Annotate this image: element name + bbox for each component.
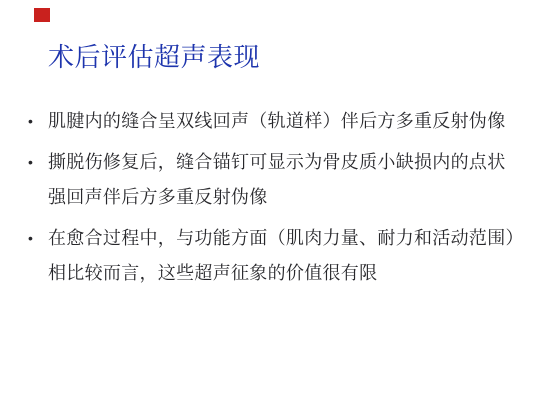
bullet-text: 肌腱内的缝合呈双线回声（轨道样）伴后方多重反射伪像 — [48, 104, 533, 139]
slide: 术后评估超声表现 • 肌腱内的缝合呈双线回声（轨道样）伴后方多重反射伪像 • 撕… — [0, 0, 540, 400]
bullet-text: 撕脱伤修复后，缝合锚钉可显示为骨皮质小缺损内的点状 强回声伴后方多重反射伪像 — [48, 145, 533, 215]
bullet-item: • 肌腱内的缝合呈双线回声（轨道样）伴后方多重反射伪像 — [28, 104, 533, 139]
bullet-line: 相比较而言，这些超声征象的价值很有限 — [48, 256, 533, 291]
bullet-line: 撕脱伤修复后，缝合锚钉可显示为骨皮质小缺损内的点状 — [48, 145, 533, 180]
bullet-line: 在愈合过程中，与功能方面（肌肉力量、耐力和活动范围） — [48, 221, 533, 256]
bullet-dot-icon: • — [28, 221, 48, 256]
bullet-item: • 撕脱伤修复后，缝合锚钉可显示为骨皮质小缺损内的点状 强回声伴后方多重反射伪像 — [28, 145, 533, 215]
bullet-list: • 肌腱内的缝合呈双线回声（轨道样）伴后方多重反射伪像 • 撕脱伤修复后，缝合锚… — [28, 104, 533, 297]
bullet-line: 肌腱内的缝合呈双线回声（轨道样）伴后方多重反射伪像 — [48, 104, 533, 139]
bullet-item: • 在愈合过程中，与功能方面（肌肉力量、耐力和活动范围） 相比较而言，这些超声征… — [28, 221, 533, 291]
slide-title: 术后评估超声表现 — [48, 41, 260, 73]
bullet-line: 强回声伴后方多重反射伪像 — [48, 180, 533, 215]
bullet-dot-icon: • — [28, 145, 48, 180]
accent-square — [34, 8, 50, 22]
bullet-dot-icon: • — [28, 104, 48, 139]
bullet-text: 在愈合过程中，与功能方面（肌肉力量、耐力和活动范围） 相比较而言，这些超声征象的… — [48, 221, 533, 291]
